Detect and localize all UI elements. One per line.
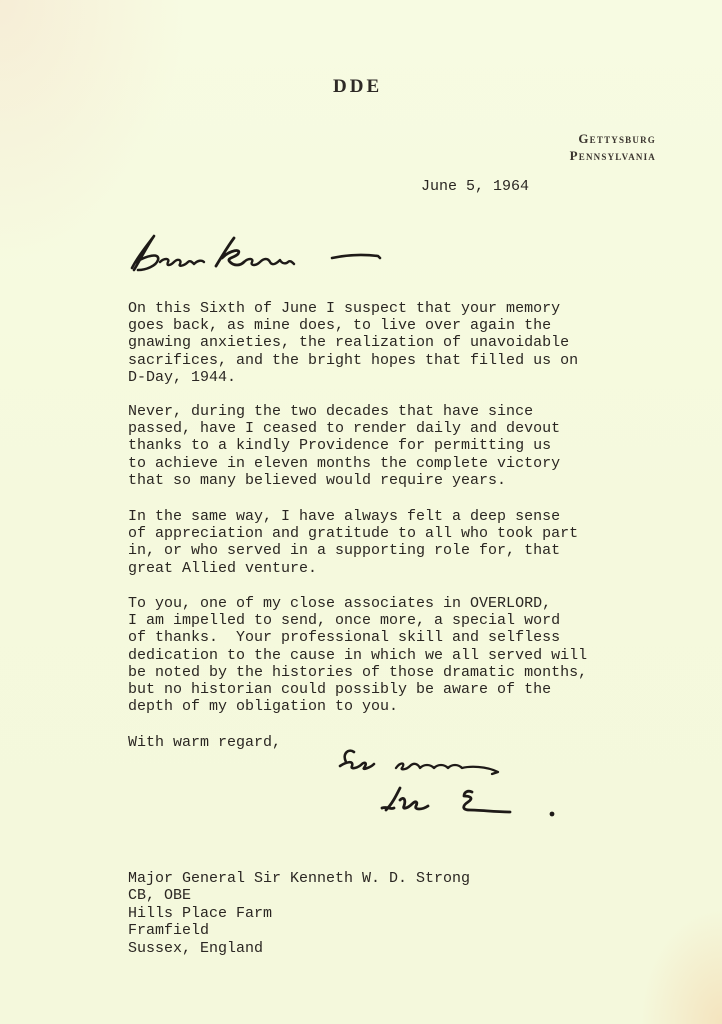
- letterhead-state: Pennsylvania: [570, 147, 656, 164]
- salutation-ink-icon: [126, 226, 386, 278]
- letterhead-place: Gettysburg Pennsylvania: [570, 130, 656, 164]
- letter-date: June 5, 1964: [421, 178, 529, 195]
- letterhead-initials: DDE: [333, 76, 382, 98]
- recipient-address: Major General Sir Kenneth W. D. Strong C…: [128, 870, 470, 957]
- paragraph-1: On this Sixth of June I suspect that you…: [128, 300, 628, 386]
- closing: With warm regard,: [128, 734, 281, 751]
- handwritten-salutation: [126, 226, 386, 278]
- paragraph-2: Never, during the two decades that have …: [128, 403, 628, 489]
- handwritten-signature: [330, 740, 570, 830]
- letterhead-city: Gettysburg: [570, 130, 656, 147]
- paragraph-3: In the same way, I have always felt a de…: [128, 508, 628, 577]
- paragraph-4: To you, one of my close associates in OV…: [128, 595, 628, 715]
- signature-ink-icon: [330, 740, 570, 830]
